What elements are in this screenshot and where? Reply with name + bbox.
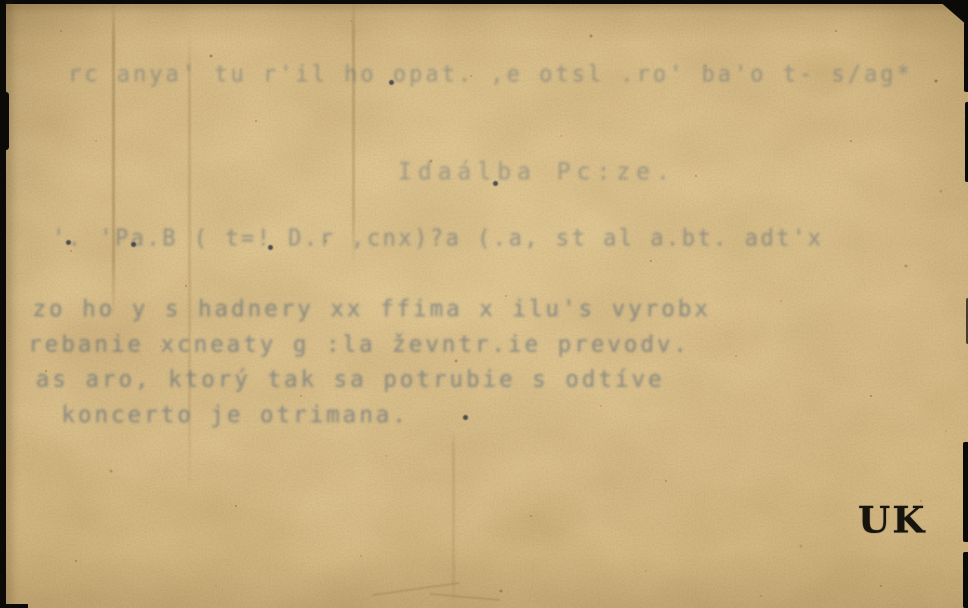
scan-edge-left [5, 92, 9, 150]
ghost-paragraph-line: as aro, ktorý tak sa potrubie s odtíve [36, 362, 711, 397]
ink-dot [389, 80, 394, 85]
ghost-text-top-line: rc anya' tu r'il ho opat. ,e otsl .ro' b… [68, 62, 913, 88]
scan-edge-right [963, 442, 968, 542]
ink-dot [66, 240, 71, 245]
ghost-paragraph-line: zo ho y s hadnery xx ffima x ilu's vyrob… [32, 291, 711, 326]
vertical-crease [452, 428, 455, 608]
scan-edge-right [963, 552, 968, 608]
vertical-crease [112, 0, 115, 320]
ghost-text-heading: Idaálba Pc:ze. [398, 158, 676, 185]
scan-edge-right [964, 22, 968, 92]
ghost-text-paragraph: zo ho y s hadnery xx ffima x ilu's vyrob… [27, 291, 711, 432]
scan-edge-corner [0, 604, 28, 608]
ghost-paragraph-line: koncerto je otrimana. [61, 397, 710, 432]
ink-dot [131, 242, 136, 247]
scan-edge-top [0, 0, 968, 4]
uk-stamp: UK [858, 498, 926, 541]
ink-dot [268, 245, 273, 250]
ghost-text-scattered-line: '. 'Pa.B ( t=! D.r ,cnx)?a (.a, st al a.… [52, 226, 824, 252]
ink-dot [463, 415, 468, 420]
ink-dot [493, 181, 498, 186]
ghost-paragraph-line: rebanie xcneaty g :la ževntr.ie prevodv. [28, 327, 711, 362]
